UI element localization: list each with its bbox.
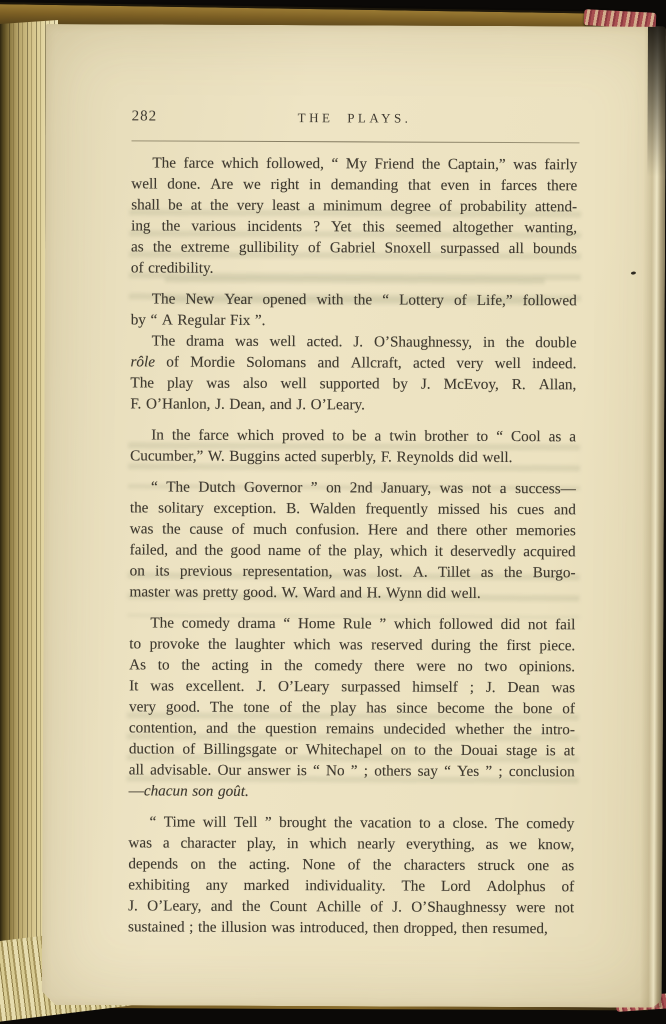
text-line: onitspreviousrepresentation,waslost.A.Ti… (130, 562, 576, 585)
text-line: “TimewillTell”broughtthevacationtoaclose… (128, 813, 574, 836)
text-line: TheNewYearopenedwiththe“LotteryofLife,”f… (131, 290, 577, 313)
text-line: thesolitaryexception.B.Waldenfrequentlym… (130, 499, 576, 522)
text-line: “TheDutchGovernor”on2ndJanuary,wasnotasu… (130, 478, 576, 501)
page-header: 282 THE PLAYS. (132, 108, 578, 130)
book-page: 282 THE PLAYS. Thefarcewhichfollowed,“My… (42, 24, 666, 1008)
text-line: ingthevariousincidents?Yetthisseemedalto… (131, 217, 577, 240)
text-line: J.O’Leary,andtheCountAchilleofJ.O’Shaugh… (128, 897, 574, 920)
text-line: —chacunsongoût. (129, 782, 575, 805)
paragraph: “TimewillTell”broughtthevacationtoaclose… (128, 813, 575, 941)
text-line: Thefarcewhichfollowed,“MyFriendtheCaptai… (131, 154, 577, 177)
text-line: rôleofMordieSolomansandAllcraft,actedver… (130, 353, 576, 376)
header-rule (131, 140, 579, 143)
running-title: THE PLAYS. (132, 109, 578, 127)
text-line: contention,andthequestionremainsundecide… (129, 719, 575, 742)
text-line: Itwasexcellent.J.O’Learysurpassedhimself… (129, 677, 575, 700)
text-line: TheplaywasalsowellsupportedbyJ.McEvoy,R.… (130, 374, 576, 397)
text-line: verygood.Thetoneoftheplayhassincebecomet… (129, 698, 575, 721)
text-line: wasacharacterplay,inwhichnearlyeverythin… (128, 834, 574, 857)
page-text: Thefarcewhichfollowed,“MyFriendtheCaptai… (128, 154, 577, 941)
text-line: Cucumber,”W.Bugginsactedsuperbly,F.Reyno… (130, 447, 576, 470)
text-line: ductionofBillingsgateorWhitechapelontoth… (129, 740, 575, 763)
text-line: welldone.Arewerightindemandingthatevenin… (131, 175, 577, 198)
text-line: exhibitinganymarkedindividuality.TheLord… (128, 876, 574, 899)
text-line: F.O’Hanlon,J.Dean,andJ.O’Leary. (130, 395, 576, 418)
paragraph: Inthefarcewhichprovedtobeatwinbrotherto“… (130, 426, 576, 470)
text-line: ofcredibility. (131, 259, 577, 282)
paragraph: Thecomedydrama“HomeRule”whichfolloweddid… (129, 614, 576, 805)
paragraph: Thefarcewhichfollowed,“MyFriendtheCaptai… (131, 154, 578, 282)
paragraph: Thedramawaswellacted.J.O’Shaughnessy,int… (130, 332, 576, 418)
text-line: by“ARegularFix”. (131, 311, 577, 334)
text-line: Thecomedydrama“HomeRule”whichfolloweddid… (129, 614, 575, 637)
paragraph: TheNewYearopenedwiththe“LotteryofLife,”f… (131, 290, 577, 334)
text-line: failed,andthegoodnameoftheplay,whichitde… (130, 541, 576, 564)
text-line: Thedramawaswellacted.J.O’Shaughnessy,int… (131, 332, 577, 355)
text-line: dependsontheacting.Noneofthecharactersst… (128, 855, 574, 878)
text-line: alladvisable.Ouransweris“No”;otherssay“Y… (129, 761, 575, 784)
book-photo-scene: 282 THE PLAYS. Thefarcewhichfollowed,“My… (0, 0, 666, 1024)
text-line: toprovokethelaughterwhichwasreservedduri… (129, 635, 575, 658)
text-line: shallbeattheveryleastaminimumdegreeofpro… (131, 196, 577, 219)
text-line: masterwasprettygood.W.WardandH.Wynndidwe… (129, 583, 575, 606)
paragraph: “TheDutchGovernor”on2ndJanuary,wasnotasu… (129, 478, 576, 606)
text-line: astheextremegullibilityofGabrielSnoxells… (131, 238, 577, 261)
text-line: sustained;theillusionwasintroduced,thend… (128, 918, 574, 941)
text-line: Inthefarcewhichprovedtobeatwinbrotherto“… (130, 426, 576, 449)
printed-content: 282 THE PLAYS. Thefarcewhichfollowed,“My… (42, 24, 666, 1008)
text-line: wasthecauseofmuchconfusion.Hereandthereo… (130, 520, 576, 543)
text-line: Astotheactinginthecomedytherewerenotwoop… (129, 656, 575, 679)
